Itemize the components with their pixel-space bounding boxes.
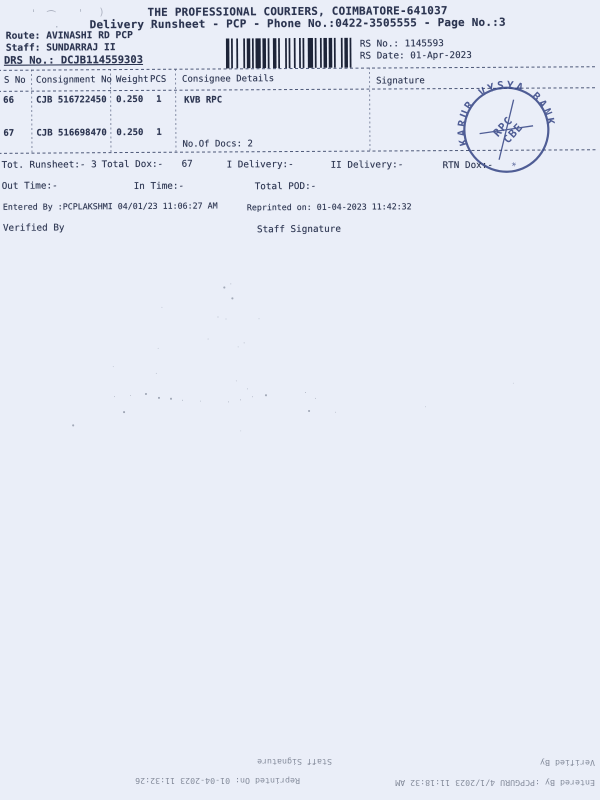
speckle [113,366,114,367]
col-header-sno: S No [4,76,26,86]
speckle [208,339,209,340]
speckle [252,396,253,397]
rs-date-line: RS Date: 01-Apr-2023 [360,50,472,62]
row-consignment: CJB 516698470 [36,128,107,138]
bleed-staff-signature: Staff Signature [257,757,332,767]
bleed-reprinted-on: Reprinted On: 01-04-2023 11:32:26 [135,776,300,786]
row-sno: 66 [3,96,14,106]
speckle [238,346,239,347]
speckle [335,412,336,413]
summary-section: Tot. Runsheet:- 3 Total Dox:- 67 I Deliv… [0,0,598,2]
speckle [513,383,514,384]
bleed-verified-by: Verified By [540,758,595,768]
speckle [258,318,259,319]
speckle [170,398,172,400]
barcode [226,38,355,69]
reprinted-on: Reprinted on: 01-04-2023 11:42:32 [247,201,412,212]
speckle [247,388,248,389]
row-weight: 0.250 [116,95,143,105]
speckle [425,406,426,407]
table-row: 67 CJB 516698470 0.250 1 [0,0,598,2]
speckle [226,318,227,319]
table-row: 66 CJB 516722450 0.250 1 KVB RPC [0,0,598,2]
no-of-docs: No.Of Docs: 2 [182,139,253,149]
row-pcs: 1 [156,128,161,138]
speckle [200,401,201,402]
speckle [315,398,316,399]
speckle [158,348,159,349]
i-delivery: I Delivery:- [227,159,294,170]
table-column-divider [369,68,371,151]
col-header-consignee: Consignee Details [182,74,274,85]
bank-stamp: KARUR VYSYA BANK * RPC CBE [446,69,567,190]
row-weight: 0.250 [116,128,143,138]
speckle [72,424,74,426]
row-sno: 67 [3,129,14,139]
entered-by: Entered By :PCPLAKSHMI 04/01/23 11:06:27… [3,200,218,211]
speckle [240,399,241,400]
speckle [158,397,160,399]
tot-runsheet: Tot. Runsheet:- 3 [2,159,97,171]
speckle [231,297,233,299]
runsheet-table: S No Consignment No Weight PCS Consignee… [0,0,598,2]
staff-signature: Staff Signature [257,224,341,236]
stamp-star-icon: * [511,161,518,172]
row-consignee: KVB RPC [184,95,222,105]
table-column-divider [31,70,33,153]
drs-no-line: DRS No.: DCJB114559303 [4,54,143,67]
col-header-pcs: PCS [150,75,166,85]
staff-line: Staff: SUNDARRAJ II [6,42,116,54]
speckle [217,316,218,317]
speckle [305,392,306,393]
total-pod: Total POD:- [255,181,317,192]
speckle [240,430,241,431]
speckle [265,394,267,396]
rs-no-line: RS No.: 1145593 [360,38,444,50]
row-pcs: 1 [156,95,161,105]
rtn-dox: RTN Dox:- [443,160,493,171]
row-consignment: CJB 516722450 [36,95,107,105]
bleed-through-section: Entered By :PCPGURU 4/1/2023 11:18:32 AM… [0,744,600,788]
scanned-document: ' ( ' ) . . THE PROFESSIONAL COURIERS, C… [0,0,600,800]
speckle [228,401,229,402]
speckle [130,395,131,396]
speckle [156,373,157,374]
col-header-signature: Signature [376,76,425,86]
speckle [123,411,125,413]
speckle [308,410,310,412]
speckle [145,393,147,395]
col-header-consignment: Consignment No [36,75,112,85]
verified-by: Verified By [3,222,65,233]
speckle [244,342,245,343]
total-dox-label: Total Dox:- [102,159,164,170]
bleed-entered-by: Entered By :PCPGURU 4/1/2023 11:18:32 AM [395,778,595,788]
speckle [223,286,225,288]
out-time: Out Time:- [2,180,58,191]
speckle [230,283,231,284]
col-header-weight: Weight [116,75,149,85]
speckle [114,396,115,397]
ii-delivery: II Delivery:- [331,159,404,170]
speckle [182,400,183,401]
total-dox-value: 67 [182,159,193,170]
in-time: In Time:- [134,181,184,192]
speckle [236,380,237,381]
route-line: Route: AVINASHI RD PCP [6,30,133,42]
scan-speckles [0,0,598,2]
speckle [161,307,162,308]
table-column-divider [175,69,177,152]
